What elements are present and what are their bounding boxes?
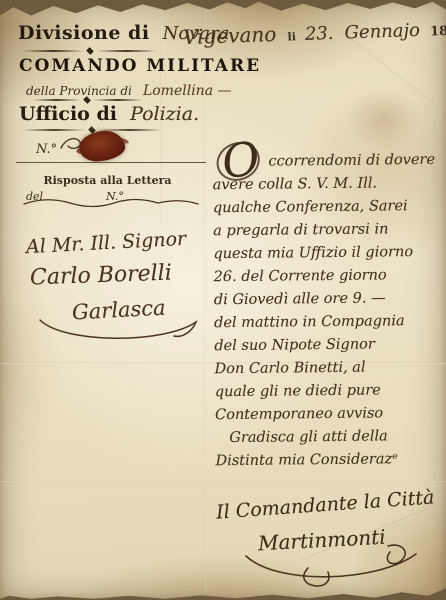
closing-role: Il Comandante la Città <box>215 486 434 523</box>
body-line: Gradisca gli atti della <box>215 425 445 450</box>
division-label: Divisione di <box>18 22 150 44</box>
body-line: quale gli ne diedi pure <box>215 379 445 404</box>
dateline-li-printed: li <box>287 30 296 43</box>
body-line: questa mia Uffizio il giorno <box>213 241 443 266</box>
office-row: Ufficio di Polizia. <box>19 103 199 125</box>
number-label: N.° <box>36 142 57 157</box>
body-line: di Giovedì alle ore 9. — <box>214 287 444 312</box>
body-line: qualche Conferenza, Sarei <box>213 195 443 220</box>
dateline-year-printed: 184 <box>430 24 446 40</box>
command-title-row: COMANDO MILITARE <box>19 56 261 76</box>
body-line: 26. del Corrente giorno <box>214 264 444 289</box>
body-line: ccorrendomi di dovere <box>212 149 442 174</box>
wax-seal <box>78 129 127 164</box>
address-line-2: Carlo Borelli <box>30 261 173 291</box>
body-line: Contemporaneo avviso <box>215 402 445 427</box>
office-label: Ufficio di <box>19 103 117 125</box>
dateline-month: Gennajo <box>344 20 420 44</box>
office-value-handwritten: Polizia. <box>130 103 199 125</box>
address-line-3: Garlasca <box>71 296 166 325</box>
body-line: avere colla S. V. M. Ill. <box>213 172 443 197</box>
division-row: Divisione di Novara <box>18 22 229 44</box>
number-row: N.° <box>36 138 57 157</box>
reference-number-label: N.° <box>106 185 124 204</box>
horizontal-crease <box>0 480 446 483</box>
letter-body: ccorrendomi di dovere avere colla S. V. … <box>212 149 445 473</box>
body-line: del mattino in Compagnia <box>214 310 444 335</box>
aged-letter-paper: Vigevano li 23. Gennajo 184 3. Divisione… <box>0 0 446 600</box>
province-value-handwritten: Lomellina <box>143 83 213 99</box>
body-line: del suo Nipote Signor <box>214 333 444 358</box>
address-line-1: Al Mr. Ill. Signor <box>26 228 187 258</box>
reference-number: N.° <box>106 190 124 203</box>
body-line: Don Carlo Binetti, al <box>214 356 444 381</box>
rule-line <box>16 162 206 163</box>
division-value-handwritten: Novara <box>163 23 230 44</box>
command-title: COMANDO MILITARE <box>19 56 261 76</box>
reference-del-label: del <box>26 185 43 204</box>
body-line: a pregarla di trovarsi in <box>213 218 443 243</box>
divider-ornament <box>22 48 157 54</box>
dateline-day: 23. <box>305 23 334 45</box>
del-label: del <box>26 190 43 203</box>
signature: Martinmonti <box>257 525 386 556</box>
province-label: della Provincia di <box>26 84 132 98</box>
body-line: Distinta mia Considerazᵉ <box>215 448 445 473</box>
